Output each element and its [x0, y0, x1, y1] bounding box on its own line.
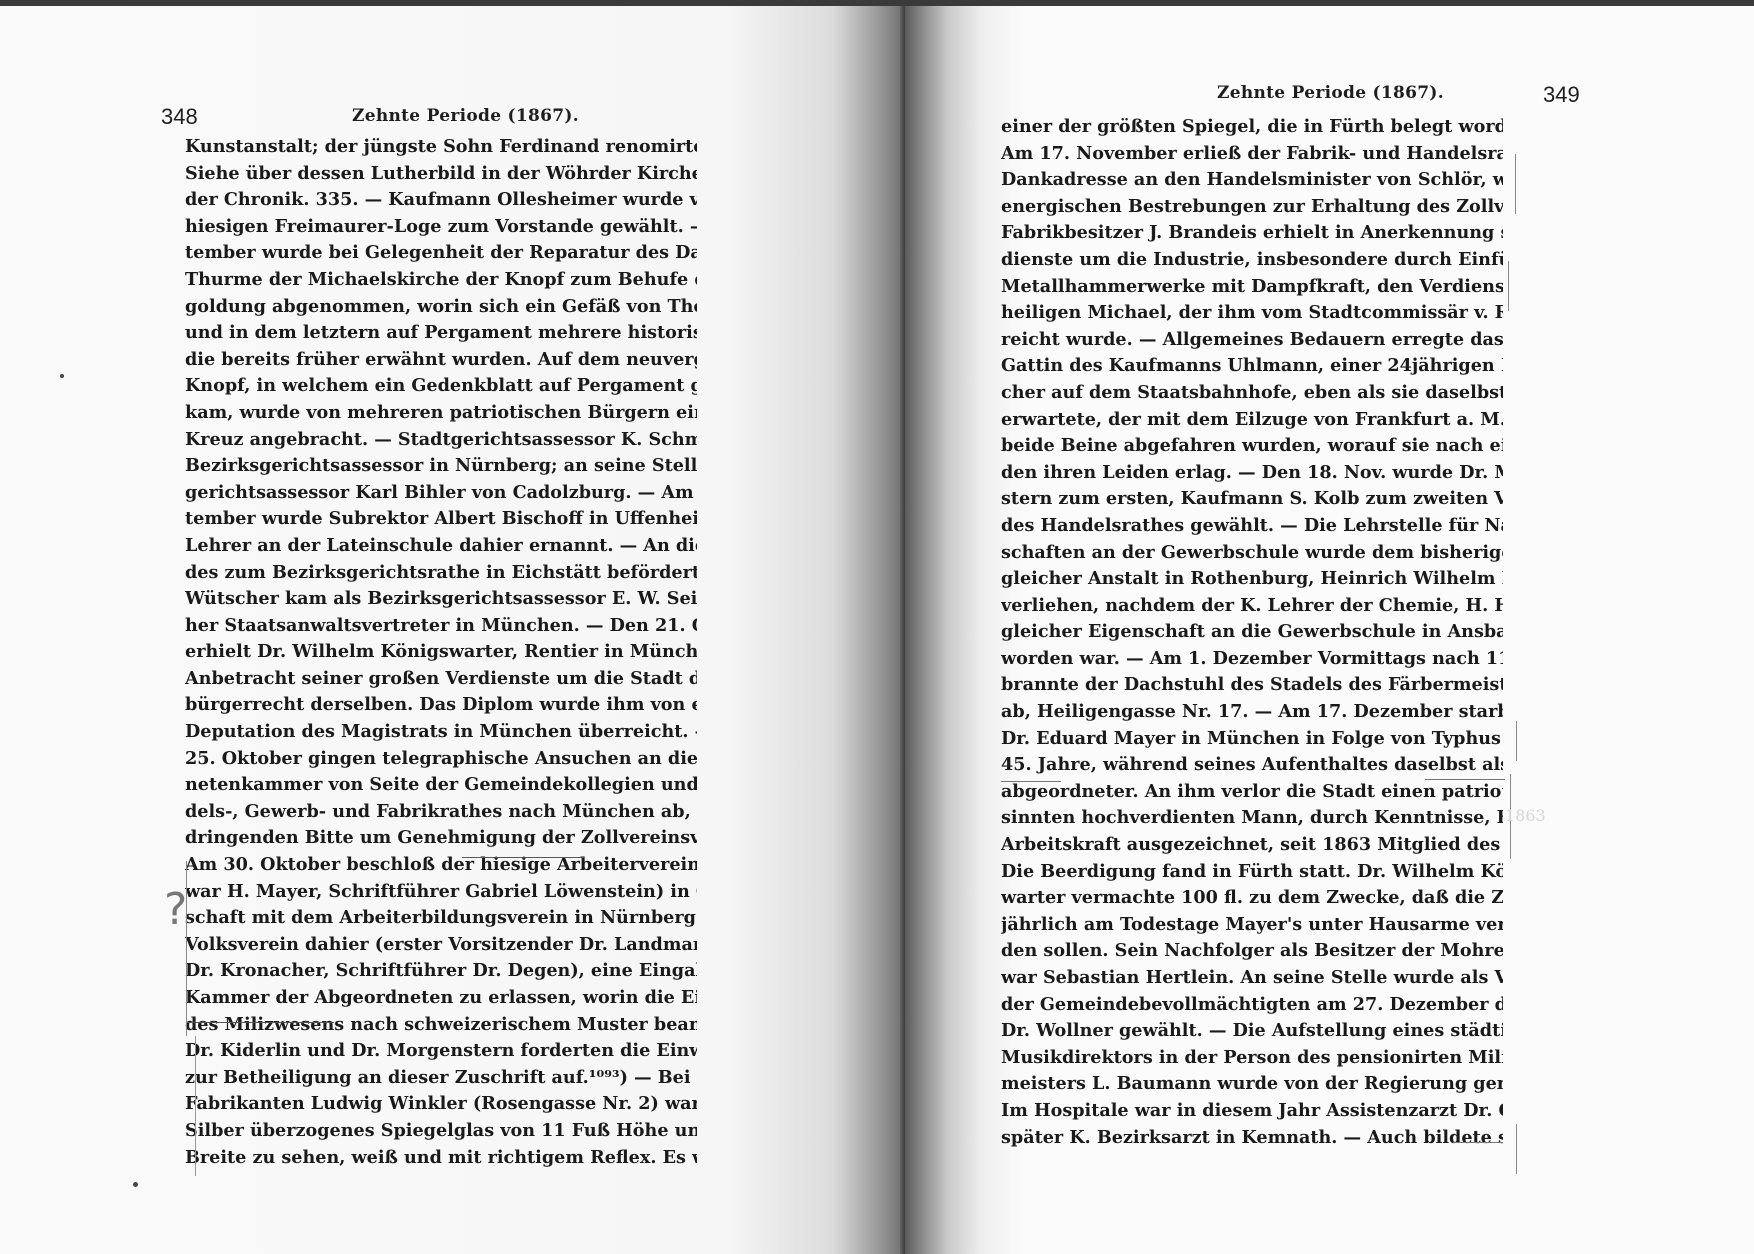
text-line: die bereits früher erwähnt wurden. Auf d… [185, 347, 697, 374]
text-line: schaften an der Gewerbschule wurde dem b… [1001, 540, 1503, 567]
text-line: 25. Oktober gingen telegraphische Ansuch… [185, 746, 697, 773]
text-line: Breite zu sehen, weiß und mit richtigem … [185, 1145, 697, 1172]
text-line: stern zum ersten, Kaufmann S. Kolb zum z… [1001, 486, 1503, 513]
text-line: Musikdirektors in der Person des pension… [1001, 1045, 1503, 1072]
text-line: 45. Jahre, während seines Aufenthaltes d… [1001, 752, 1503, 779]
pencil-underline-landtags [1425, 779, 1505, 780]
text-line: erwartete, der mit dem Eilzuge von Frank… [1001, 407, 1503, 434]
text-line: Wütscher kam als Bezirksgerichtsassessor… [185, 586, 697, 613]
text-line: Siehe über dessen Lutherbild in der Wöhr… [185, 161, 697, 188]
text-line: Kammer der Abgeordneten zu erlassen, wor… [185, 985, 697, 1012]
text-line: Knopf, in welchem ein Gedenkblatt auf Pe… [185, 373, 697, 400]
pencil-underline-milizwesens [186, 1022, 334, 1023]
text-line: dringenden Bitte um Genehmigung der Zoll… [185, 825, 697, 852]
text-line: reicht wurde. — Allgemeines Bedauern err… [1001, 327, 1503, 354]
text-line: jährlich am Todestage Mayer's unter Haus… [1001, 912, 1503, 939]
text-line: hiesigen Freimaurer-Loge zum Vorstande g… [185, 214, 697, 241]
text-line: später K. Bezirksarzt in Kemnath. — Auch… [1001, 1125, 1503, 1152]
text-line: gerichtsassessor Karl Bihler von Cadolzb… [185, 480, 697, 507]
left-page-body: Kunstanstalt; der jüngste Sohn Ferdinand… [185, 134, 697, 1171]
text-line: des zum Bezirksgerichtsrathe in Eichstät… [185, 560, 697, 587]
text-line: Dankadresse an den Handelsminister von S… [1001, 167, 1503, 194]
margin-pencil-line [1516, 1124, 1517, 1174]
text-line: Fabrikanten Ludwig Winkler (Rosengasse N… [185, 1091, 697, 1118]
text-line: energischen Bestrebungen zur Erhaltung d… [1001, 194, 1503, 221]
text-line: den ihren Leiden erlag. — Den 18. Nov. w… [1001, 460, 1503, 487]
text-line: brannte der Dachstuhl des Stadels des Fä… [1001, 672, 1503, 699]
text-line: der Gemeindebevollmächtigten am 27. Deze… [1001, 992, 1503, 1019]
text-line: und in dem letztern auf Pergament mehrer… [185, 320, 697, 347]
text-line: schaft mit dem Arbeiterbildungsverein in… [185, 905, 697, 932]
text-line: meisters L. Baumann wurde von der Regier… [1001, 1071, 1503, 1098]
text-line: des Milizwesens nach schweizerischem Mus… [185, 1012, 697, 1039]
right-page-body: einer der größten Spiegel, die in Fürth … [1001, 114, 1503, 1151]
left-page: 348 Zehnte Periode (1867). Kunstanstalt;… [0, 6, 905, 1254]
text-line: Metallhammerwerke mit Dampfkraft, den Ve… [1001, 274, 1503, 301]
pencil-underline-buerger [1453, 1142, 1503, 1143]
text-line: Arbeitskraft ausgezeichnet, seit 1863 Mi… [1001, 832, 1503, 859]
text-line: Am 30. Oktober beschloß der hiesige Arbe… [185, 852, 697, 879]
text-line: Kunstanstalt; der jüngste Sohn Ferdinand… [185, 134, 697, 161]
text-line: goldung abgenommen, worin sich ein Gefäß… [185, 294, 697, 321]
book-spread: 348 Zehnte Periode (1867). Kunstanstalt;… [0, 0, 1754, 1254]
text-line: Bezirksgerichtsassessor in Nürnberg; an … [185, 453, 697, 480]
text-line: Dr. Kiderlin und Dr. Morgenstern fordert… [185, 1038, 697, 1065]
text-line: tember wurde Subrektor Albert Bischoff i… [185, 506, 697, 533]
page-number: 348 [161, 104, 198, 130]
text-line: gleicher Anstalt in Rothenburg, Heinrich… [1001, 566, 1503, 593]
text-line: sinnten hochverdienten Mann, durch Kennt… [1001, 805, 1503, 832]
margin-question-mark: ? [164, 884, 187, 935]
text-line: dienste um die Industrie, insbesondere d… [1001, 247, 1503, 274]
text-line: her Staatsanwaltsvertreter in München. —… [185, 613, 697, 640]
text-line: den sollen. Sein Nachfolger als Besitzer… [1001, 938, 1503, 965]
pencil-underline-arbeiterverein [462, 857, 584, 858]
scan-speck [60, 374, 64, 378]
text-line: Volksverein dahier (erster Vorsitzender … [185, 932, 697, 959]
margin-pencil-line [1508, 261, 1509, 311]
text-line: Dr. Kronacher, Schriftführer Dr. Degen),… [185, 958, 697, 985]
text-line: verliehen, nachdem der K. Lehrer der Che… [1001, 593, 1503, 620]
text-line: einer der größten Spiegel, die in Fürth … [1001, 114, 1503, 141]
text-line: Gattin des Kaufmanns Uhlmann, einer 24jä… [1001, 353, 1503, 380]
right-page: Zehnte Periode (1867). 349 einer der grö… [905, 6, 1754, 1254]
text-line: der Chronik. 335. — Kaufmann Ollesheimer… [185, 187, 697, 214]
text-line: Lehrer an der Lateinschule dahier ernann… [185, 533, 697, 560]
text-line: warter vermachte 100 fl. zu dem Zwecke, … [1001, 885, 1503, 912]
text-line: Dr. Eduard Mayer in München in Folge von… [1001, 726, 1503, 753]
margin-bracket-line [195, 1036, 196, 1176]
text-line: Kreuz angebracht. — Stadtgerichtsassesso… [185, 427, 697, 454]
pencil-underline-abgeordneter [1001, 781, 1061, 782]
text-line: war Sebastian Hertlein. An seine Stelle … [1001, 965, 1503, 992]
running-title: Zehnte Periode (1867). [352, 106, 579, 126]
text-line: Silber überzogenes Spiegelglas von 11 Fu… [185, 1118, 697, 1145]
text-line: Thurme der Michaelskirche der Knopf zum … [185, 267, 697, 294]
text-line: zur Betheiligung an dieser Zuschrift auf… [185, 1065, 697, 1092]
scan-speck [133, 1182, 138, 1187]
margin-pencil-line [1515, 154, 1516, 214]
text-line: Deputation des Magistrats in München übe… [185, 719, 697, 746]
text-line: Anbetracht seiner großen Verdienste um d… [185, 666, 697, 693]
running-title: Zehnte Periode (1867). [1217, 83, 1444, 103]
text-line: Am 17. November erließ der Fabrik- und H… [1001, 141, 1503, 168]
text-line: bürgerrecht derselben. Das Diplom wurde … [185, 692, 697, 719]
text-line: beide Beine abgefahren wurden, worauf si… [1001, 433, 1503, 460]
text-line: Die Beerdigung fand in Fürth statt. Dr. … [1001, 859, 1503, 886]
text-line: dels-, Gewerb- und Fabrikrathes nach Mün… [185, 799, 697, 826]
bleed-through-text: 1863 [1505, 806, 1546, 825]
text-line: Im Hospitale war in diesem Jahr Assisten… [1001, 1098, 1503, 1125]
text-line: Dr. Wollner gewählt. — Die Aufstellung e… [1001, 1018, 1503, 1045]
text-line: war H. Mayer, Schriftführer Gabriel Löwe… [185, 879, 697, 906]
margin-pencil-line [1516, 721, 1517, 761]
text-line: ab, Heiligengasse Nr. 17. — Am 17. Dezem… [1001, 699, 1503, 726]
text-line: cher auf dem Staatsbahnhofe, eben als si… [1001, 380, 1503, 407]
page-number: 349 [1543, 82, 1580, 108]
text-line: gleicher Eigenschaft an die Gewerbschule… [1001, 619, 1503, 646]
text-line: abgeordneter. An ihm verlor die Stadt ei… [1001, 779, 1503, 806]
text-line: des Handelsrathes gewählt. — Die Lehrste… [1001, 513, 1503, 540]
text-line: erhielt Dr. Wilhelm Königswarter, Rentie… [185, 639, 697, 666]
text-line: Fabrikbesitzer J. Brandeis erhielt in An… [1001, 220, 1503, 247]
text-line: heiligen Michael, der ihm vom Stadtcommi… [1001, 300, 1503, 327]
text-line: worden war. — Am 1. Dezember Vormittags … [1001, 646, 1503, 673]
text-line: kam, wurde von mehreren patriotischen Bü… [185, 400, 697, 427]
text-line: netenkammer von Seite der Gemeindekolleg… [185, 772, 697, 799]
text-line: tember wurde bei Gelegenheit der Reparat… [185, 240, 697, 267]
